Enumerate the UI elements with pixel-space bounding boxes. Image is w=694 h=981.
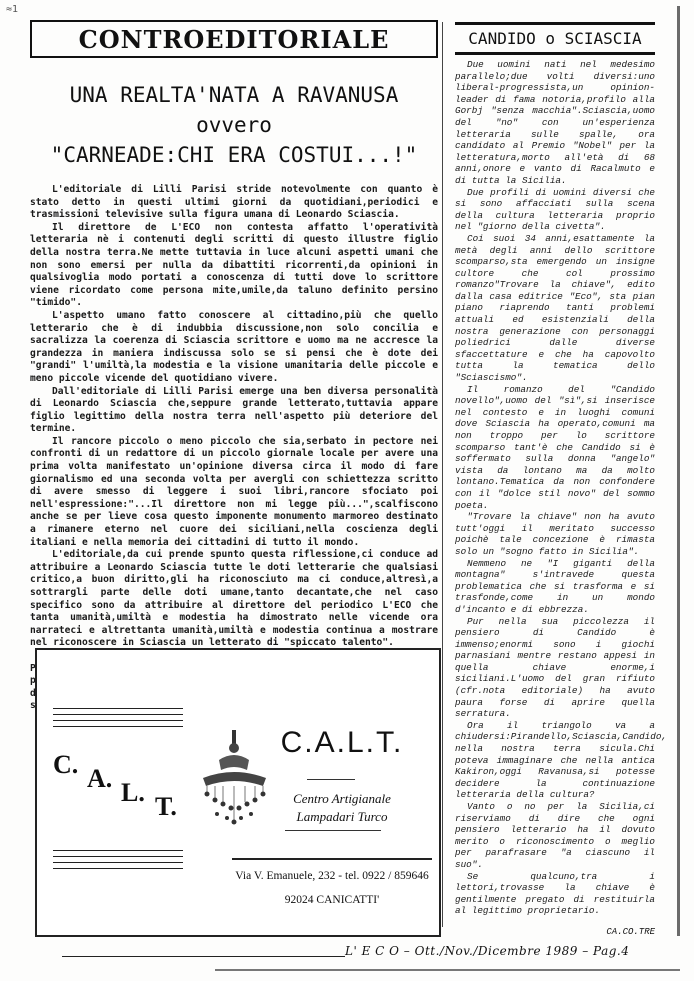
calt-brand-name: C.A.L.T. (252, 726, 432, 760)
paragraph: Coi suoi 34 anni,esattamente la metà deg… (455, 233, 655, 384)
calt-staggered-letters: C. A. L. T. (53, 750, 193, 830)
page-edge-shadow (677, 6, 680, 936)
calt-subtitle: Centro Artigianale Lampadari Turco (252, 790, 432, 826)
article-headline: UNA REALTA'NATA A RAVANUSA ovvero "CARNE… (30, 80, 438, 170)
calt-address: Via V. Emanuele, 232 - tel. 0922 / 85964… (232, 858, 432, 912)
paragraph: Dall'editoriale di Lilli Parisi emerge u… (30, 386, 438, 436)
candido-article: CANDIDO o SCIASCIA Due uomini nati nel m… (455, 22, 655, 937)
column-divider (442, 22, 443, 927)
paragraph: L'editoriale di Lilli Parisi stride note… (30, 184, 438, 222)
footer-issue-info: L' E C O – Ott./Nov./Dicembre 1989 – Pag… (345, 944, 629, 958)
subtitle-line-2: Lampadari Turco (252, 808, 432, 826)
paragraph: Due profili di uomini diversi che si son… (455, 187, 655, 233)
headline-line-1: UNA REALTA'NATA A RAVANUSA ovvero (30, 80, 438, 140)
page-bottom-edge (215, 969, 680, 971)
letter-a: A. (87, 764, 112, 794)
subtitle-line-1: Centro Artigianale (252, 790, 432, 808)
paragraph: L'editoriale,da cui prende spunto questa… (30, 549, 438, 650)
paragraph: L'aspetto umano fatto conoscere al citta… (30, 310, 438, 386)
paragraph: Il romanzo del "Candido novello",uomo de… (455, 384, 655, 512)
paragraph: Il direttore de L'ECO non contesta affat… (30, 222, 438, 310)
divider (285, 830, 381, 831)
controeditoriale-article: CONTROEDITORIALE UNA REALTA'NATA A RAVAN… (30, 20, 438, 736)
article-body: L'editoriale di Lilli Parisi stride note… (30, 184, 438, 713)
article-signature: CA.CO.TRE (455, 927, 655, 937)
footer-rule (62, 956, 345, 957)
paragraph: Pur nella sua piccolezza il pensiero di … (455, 616, 655, 720)
paragraph: "Trovare la chiave" non ha avuto tutt'og… (455, 511, 655, 557)
paragraph: Il rancore piccolo o meno piccolo che si… (30, 436, 438, 549)
article-title: CANDIDO o SCIASCIA (455, 22, 655, 55)
calt-advertisement: C. A. L. T. (35, 648, 441, 937)
decorative-lines-top (53, 708, 183, 732)
divider (307, 779, 355, 780)
newspaper-page: ≈1 CONTROEDITORIALE UNA REALTA'NATA A RA… (0, 0, 694, 981)
corner-mark: ≈1 (6, 4, 18, 15)
paragraph: Se qualcuno,tra i lettori,trovasse la ch… (455, 871, 655, 917)
headline-line-2: "CARNEADE:CHI ERA COSTUI...!" (30, 140, 438, 170)
paragraph: Nemmeno ne "I giganti della montagna" s'… (455, 558, 655, 616)
paragraph: Ora il triangolo va a chiudersi:Pirandel… (455, 720, 655, 801)
address-line: Via V. Emanuele, 232 - tel. 0922 / 85964… (232, 864, 432, 888)
page-footer: L' E C O – Ott./Nov./Dicembre 1989 – Pag… (0, 944, 694, 964)
letter-l: L. (121, 778, 145, 808)
city-line: 92024 CANICATTI' (232, 888, 432, 912)
letter-c: C. (53, 750, 78, 780)
paragraph: Due uomini nati nel medesimo parallelo;d… (455, 59, 655, 187)
section-header: CONTROEDITORIALE (30, 20, 438, 58)
letter-t: T. (155, 792, 177, 822)
paragraph: Vanto o no per la Sicilia,ci riserviamo … (455, 801, 655, 871)
article-body: Due uomini nati nel medesimo parallelo;d… (455, 59, 655, 917)
decorative-lines-bottom (53, 850, 183, 874)
